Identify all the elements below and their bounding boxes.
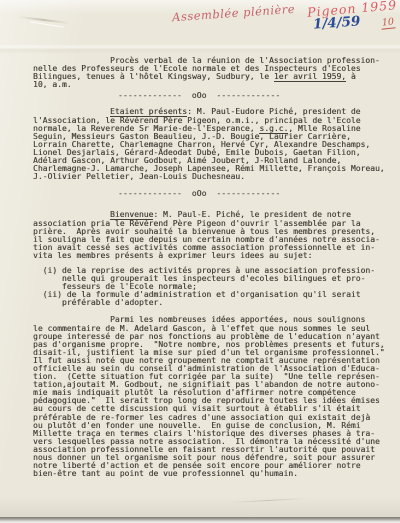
section-separator: ------------- oOo ------------- — [33, 190, 393, 198]
welcome-text: : M. Paul-E. Piché, le president de notr… — [33, 210, 380, 259]
agenda-item: (i) de la reprise des activités propres … — [33, 267, 393, 291]
section-separator: ------------- oOo ------------- — [33, 92, 393, 100]
typed-minutes-body: Procès verbal de la réunion de l'Associa… — [33, 0, 393, 478]
minutes-heading-paragraph: Procès verbal de la réunion de l'Associa… — [33, 57, 393, 89]
agenda-item-text: de la reprise des activités propres à un… — [33, 266, 375, 291]
scan-bottom-edge — [0, 517, 400, 523]
paper-crease-bottom-right — [228, 498, 308, 503]
agenda-item-text: de la formule d'administration et d'orga… — [33, 290, 361, 307]
attendees-text-2: , Mlle Rosaline Seguin, Messieurs Gaston… — [33, 124, 385, 182]
attendees-paragraph: Etaient présents: M. Paul-Eudore Piché, … — [33, 108, 393, 181]
discussion-paragraph: Parmi les nombreuses idées apportées, no… — [33, 316, 393, 478]
scanned-page: Assemblée plénière Pigeon 1959 1/4/59 10… — [0, 0, 400, 517]
agenda-item: (ii) de la formule d'administration et d… — [33, 291, 393, 307]
heading-underlined-date: 1er avril 1959, — [274, 72, 346, 82]
welcome-paragraph: Bienvenue: M. Paul-E. Piché, le presiden… — [33, 211, 393, 260]
